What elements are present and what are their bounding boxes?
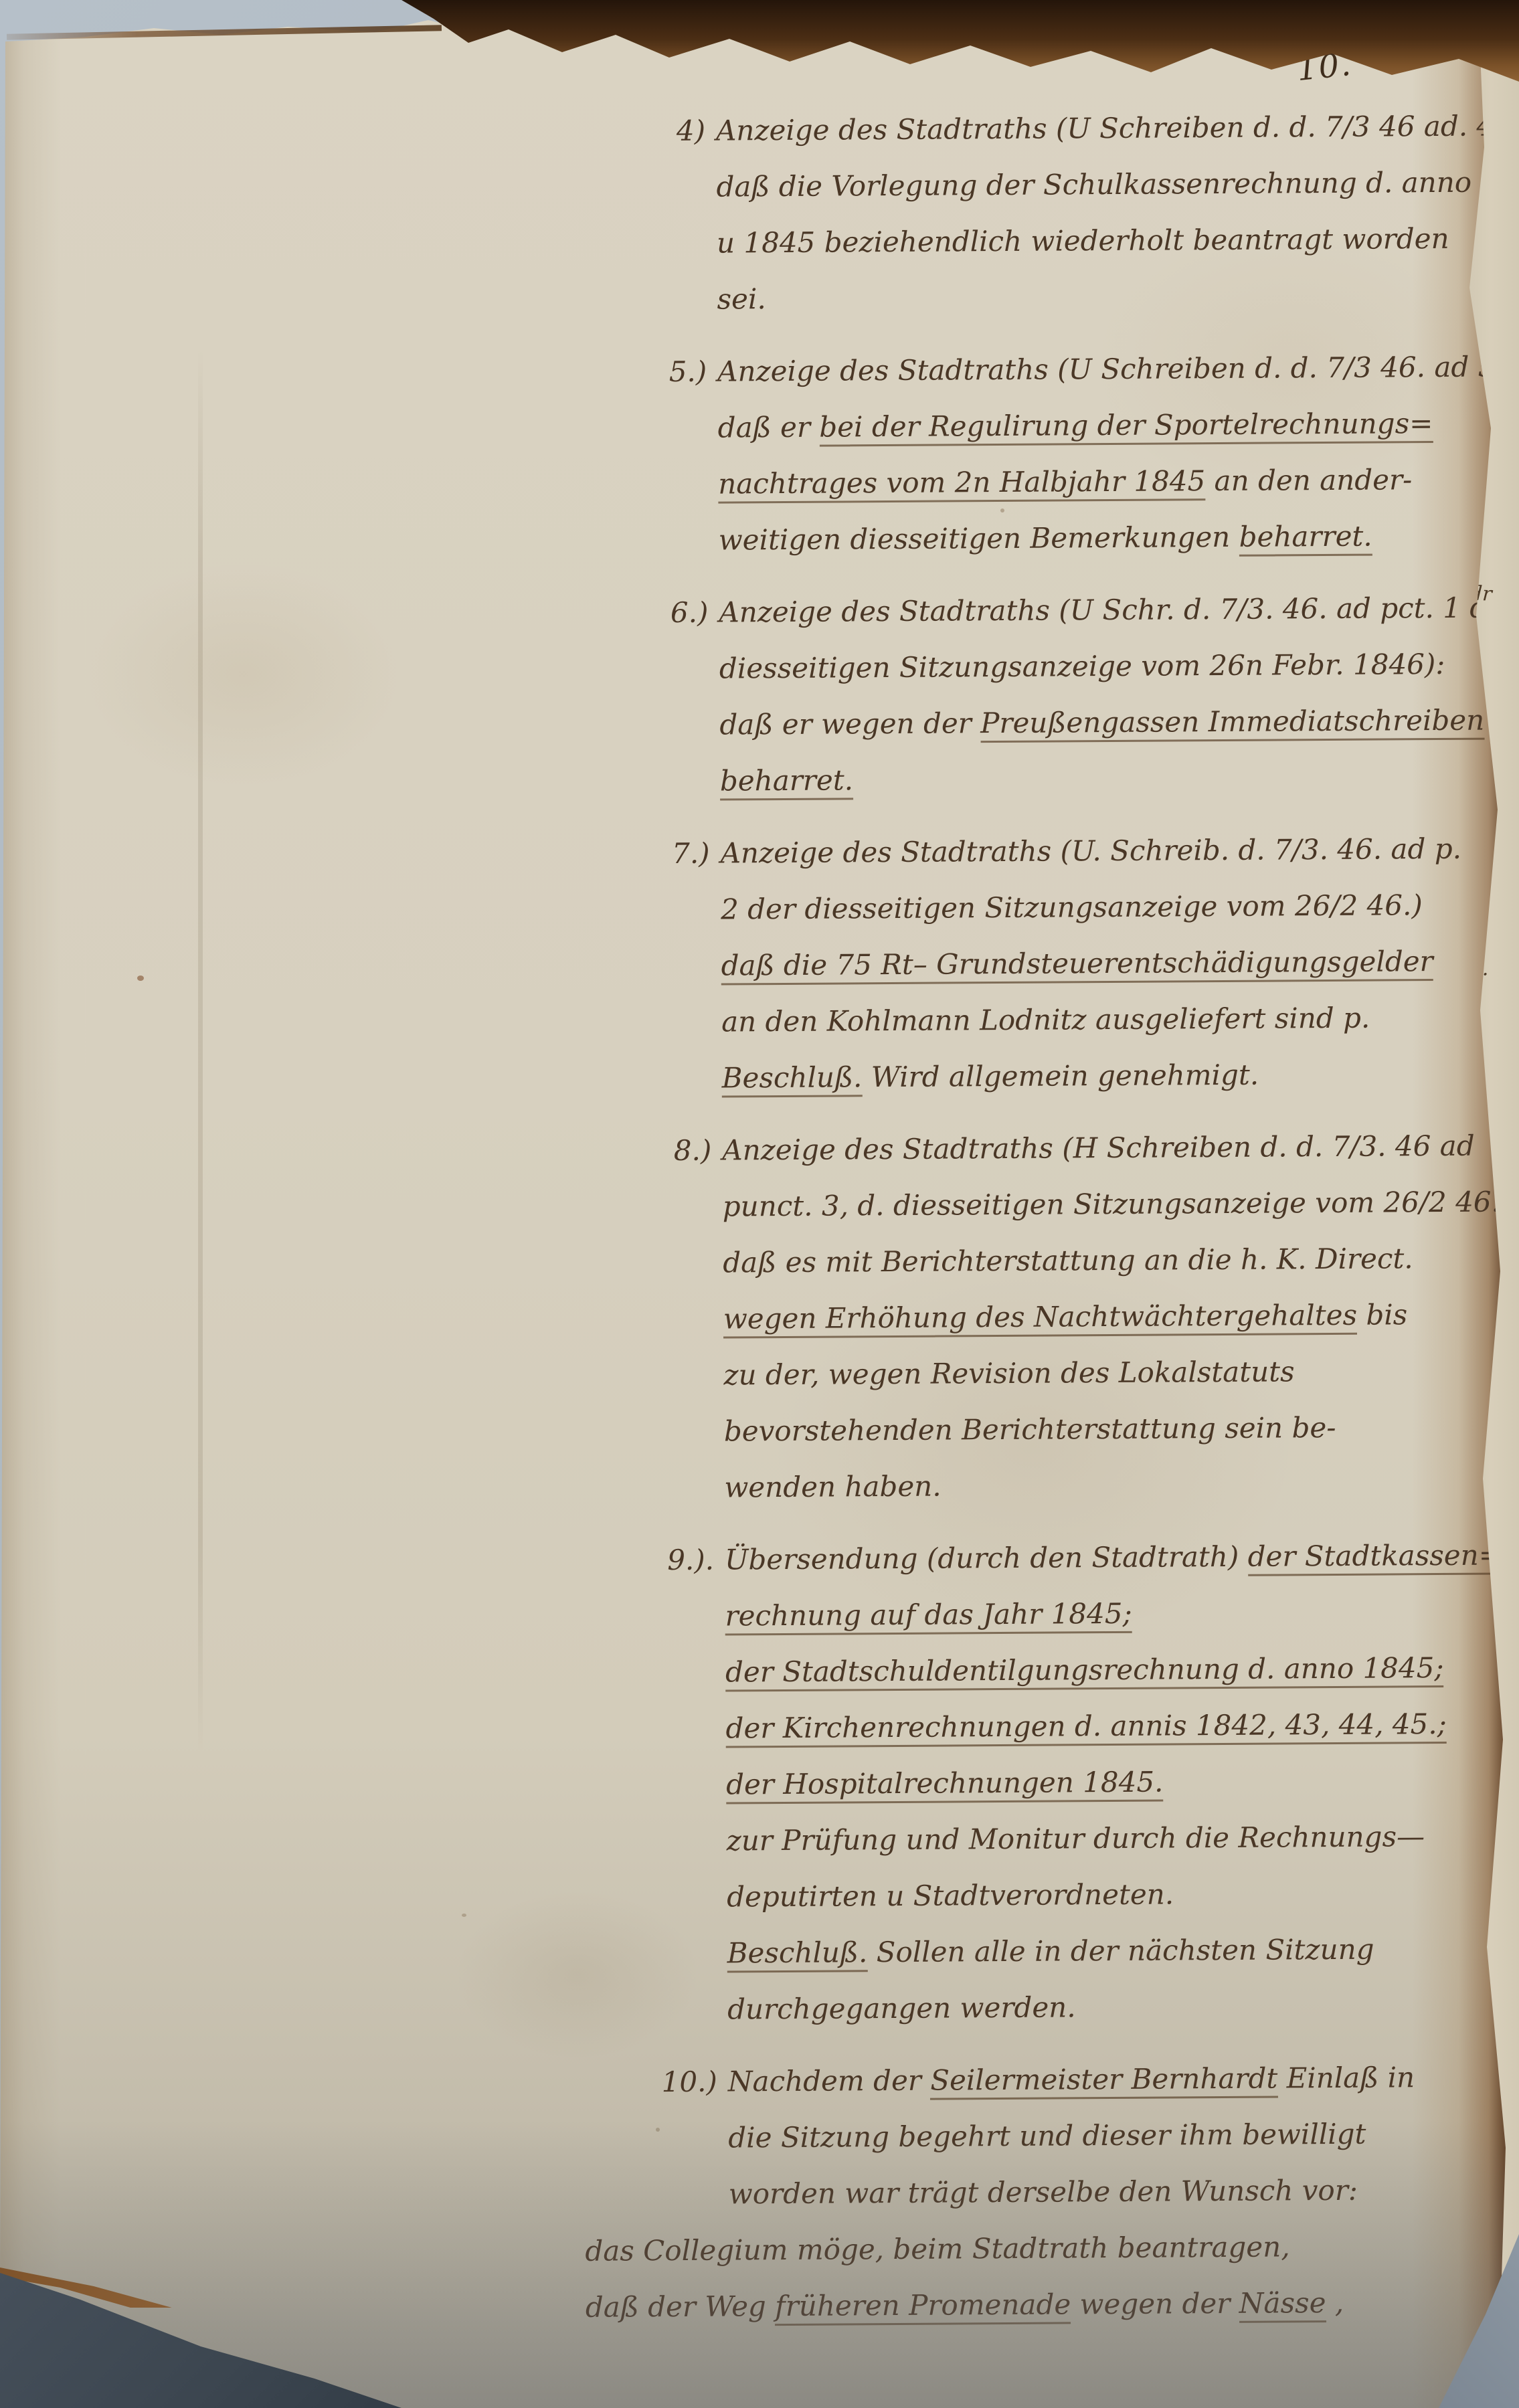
page-gutter-shading xyxy=(0,0,60,2408)
manuscript-page: 10. 4)Anzeige des Stadtraths (U Schreibe… xyxy=(0,0,1519,2408)
entry: 7.)Anzeige des Stadtraths (U. Schreib. d… xyxy=(720,820,1498,1106)
text-segment: daß die Vorlegung der Schulkassenrechnun… xyxy=(716,165,1519,203)
text-line: wegen Erhöhung des Nachtwächtergehaltes … xyxy=(723,1286,1500,1347)
text-segment: durchgegangen werden. xyxy=(727,1990,1076,2025)
text-line: 7.)Anzeige des Stadtraths (U. Schreib. d… xyxy=(720,820,1496,881)
underlined-text: beharret. xyxy=(720,763,853,800)
text-line: durchgegangen werden. xyxy=(727,1976,1504,2037)
text-line: 5.)Anzeige des Stadtraths (U Schreiben d… xyxy=(717,339,1494,399)
text-segment: deputirten u Stadtverordneten. xyxy=(727,1877,1174,1913)
text-line: 10.)Nachdem der Seilermeister Bernhardt … xyxy=(728,2049,1504,2110)
text-segment: sei. xyxy=(717,282,766,315)
text-segment: zu der, wegen Revision des Lokalstatuts xyxy=(723,1355,1295,1391)
text-line: daß er bei der Regulirung der Sportelrec… xyxy=(717,395,1494,456)
text-line: daß die Vorlegung der Schulkassenrechnun… xyxy=(716,154,1492,215)
entry-number: 9.). xyxy=(667,1532,714,1588)
text-line: Beschluß. Wird allgemein genehmigt. xyxy=(721,1045,1498,1106)
text-segment: Anzeige des Stadtraths (U Schreiben d. d… xyxy=(717,350,1516,387)
underlined-text: wegen Erhöhung des Nachtwächtergehaltes xyxy=(723,1299,1358,1339)
text-segment: 2 der diesseitigen Sitzungsanzeige vom 2… xyxy=(721,889,1423,925)
text-line: sei. xyxy=(717,266,1493,327)
entry: 8.)Anzeige des Stadtraths (H Schreiben d… xyxy=(722,1117,1501,1515)
text-line: punct. 3, d. diesseitigen Sitzungsanzeig… xyxy=(723,1174,1499,1234)
manuscript-photo: drwp.)abuisrdmuyu 10. 4)Anzeige des Stad… xyxy=(0,0,1519,2408)
text-line: Beschluß. Sollen alle in der nächsten Si… xyxy=(727,1920,1503,1981)
text-segment: diesseitigen Sitzungsanzeige vom 26n Feb… xyxy=(719,648,1445,685)
entry: 4)Anzeige des Stadtraths (U Schreiben d.… xyxy=(716,98,1494,327)
text-segment: punct. 3, d. diesseitigen Sitzungsanzeig… xyxy=(723,1185,1512,1222)
underlined-text: der Stadtkassen= xyxy=(1247,1538,1502,1576)
text-segment: bevorstehenden Berichterstattung sein be… xyxy=(724,1411,1336,1448)
text-line: daß es mit Berichterstattung an die h. K… xyxy=(723,1230,1499,1291)
text-line: rechnung auf das Jahr 1845; xyxy=(725,1583,1501,1644)
text-line: daß die 75 Rt– Grundsteuerentschädigungs… xyxy=(721,933,1497,994)
text-segment: Anzeige des Stadtraths (U Schr. d. 7/3. … xyxy=(719,591,1518,628)
underlined-text: Preußengassen Immediatschreiben xyxy=(980,704,1484,743)
text-line: zur Prüfung und Monitur durch die Rechnu… xyxy=(726,1808,1502,1869)
text-line: 8.)Anzeige des Stadtraths (H Schreiben d… xyxy=(722,1117,1498,1178)
text-line: u 1845 beziehendlich wiederholt beantrag… xyxy=(717,210,1493,271)
text-line: der Kirchenrechnungen d. annis 1842, 43,… xyxy=(725,1695,1502,1756)
text-line: bevorstehenden Berichterstattung sein be… xyxy=(724,1398,1500,1459)
text-line: der Hospitalrechnungen 1845. xyxy=(726,1752,1502,1813)
underlined-text: der Kirchenrechnungen d. annis 1842, 43,… xyxy=(725,1707,1447,1748)
text-line: weitigen diesseitigen Bemerkungen beharr… xyxy=(718,507,1494,568)
text-line: deputirten u Stadtverordneten. xyxy=(727,1864,1503,1925)
text-line: wenden haben. xyxy=(724,1455,1500,1515)
text-line: beharret. xyxy=(720,748,1496,809)
text-line: 9.).Übersendung (durch den Stadtrath) de… xyxy=(725,1527,1501,1588)
text-line: zu der, wegen Revision des Lokalstatuts xyxy=(723,1342,1500,1403)
text-line: an den Kohlmann Lodnitz ausgeliefert sin… xyxy=(721,989,1498,1050)
entry-number: 4) xyxy=(677,103,706,159)
text-segment: Nachdem der xyxy=(728,2064,931,2098)
entry: 9.).Übersendung (durch den Stadtrath) de… xyxy=(725,1527,1504,2037)
text-segment: daß er xyxy=(718,411,820,444)
entry-number: 8.) xyxy=(674,1123,712,1179)
text-line: nachtrages vom 2n Halbjahr 1845 an den a… xyxy=(718,451,1494,512)
entries: 4)Anzeige des Stadtraths (U Schreiben d.… xyxy=(716,98,1506,2350)
entry-number: 10.) xyxy=(661,2054,717,2111)
underlined-text: der Hospitalrechnungen 1845. xyxy=(726,1766,1164,1804)
entry-number: 6.) xyxy=(671,585,709,641)
text-segment: an den ander- xyxy=(1205,463,1412,497)
text-segment: Anzeige des Stadtraths (U. Schreib. d. 7… xyxy=(720,832,1461,870)
text-segment: Wird allgemein genehmigt. xyxy=(862,1058,1259,1094)
text-segment: u 1845 beziehendlich wiederholt beantrag… xyxy=(717,222,1449,260)
entry: 6.)Anzeige des Stadtraths (U Schr. d. 7/… xyxy=(719,579,1496,809)
text-segment: bis xyxy=(1357,1298,1408,1331)
text-line: daß er wegen der Preußengassen Immediats… xyxy=(719,692,1496,753)
underlined-text: Beschluß. xyxy=(727,1936,867,1972)
text-segment: an den Kohlmann Lodnitz ausgeliefert sin… xyxy=(721,1002,1370,1038)
text-segment: zur Prüfung und Monitur durch die Rechnu… xyxy=(726,1820,1425,1857)
underlined-text: rechnung auf das Jahr 1845; xyxy=(725,1597,1132,1636)
text-line: 6.)Anzeige des Stadtraths (U Schr. d. 7/… xyxy=(719,579,1495,640)
text-line: der Stadtschuldentilgungsrechnung d. ann… xyxy=(725,1639,1502,1700)
text-segment: daß es mit Berichterstattung an die h. K… xyxy=(723,1242,1413,1279)
text-segment: Anzeige des Stadtraths (H Schreiben d. d… xyxy=(722,1129,1475,1167)
entry: 5.)Anzeige des Stadtraths (U Schreiben d… xyxy=(717,339,1495,568)
text-segment: Sollen alle in der nächsten Sitzung xyxy=(867,1933,1374,1969)
text-segment: Übersendung (durch den Stadtrath) xyxy=(725,1540,1248,1576)
underlined-text: daß die 75 Rt– Grundsteuerentschädigungs… xyxy=(721,945,1433,985)
text-line: 2 der diesseitigen Sitzungsanzeige vom 2… xyxy=(721,876,1497,937)
underlined-text: nachtrages vom 2n Halbjahr 1845 xyxy=(718,464,1205,503)
paper-crease xyxy=(198,348,203,1753)
underlined-text: der Stadtschuldentilgungsrechnung d. ann… xyxy=(725,1651,1444,1692)
text-segment: Einlaß in xyxy=(1277,2061,1415,2094)
text-segment: wenden haben. xyxy=(724,1470,942,1504)
underlined-text: Beschluß. xyxy=(722,1060,863,1097)
underlined-text: beharret. xyxy=(1239,520,1372,557)
entry-number: 5.) xyxy=(668,344,707,400)
text-segment: weitigen diesseitigen Bemerkungen xyxy=(719,521,1239,557)
text-line: 4)Anzeige des Stadtraths (U Schreiben d.… xyxy=(716,98,1492,159)
underlined-text: Seilermeister Bernhardt xyxy=(930,2062,1277,2100)
entry-number: 7.) xyxy=(672,826,710,882)
text-segment: Anzeige des Stadtraths (U Schreiben d. d… xyxy=(716,109,1519,147)
text-line: diesseitigen Sitzungsanzeige vom 26n Feb… xyxy=(719,636,1496,697)
text-segment: daß er wegen der xyxy=(719,707,980,741)
underlined-text: bei der Regulirung der Sportelrechnungs= xyxy=(819,407,1433,447)
